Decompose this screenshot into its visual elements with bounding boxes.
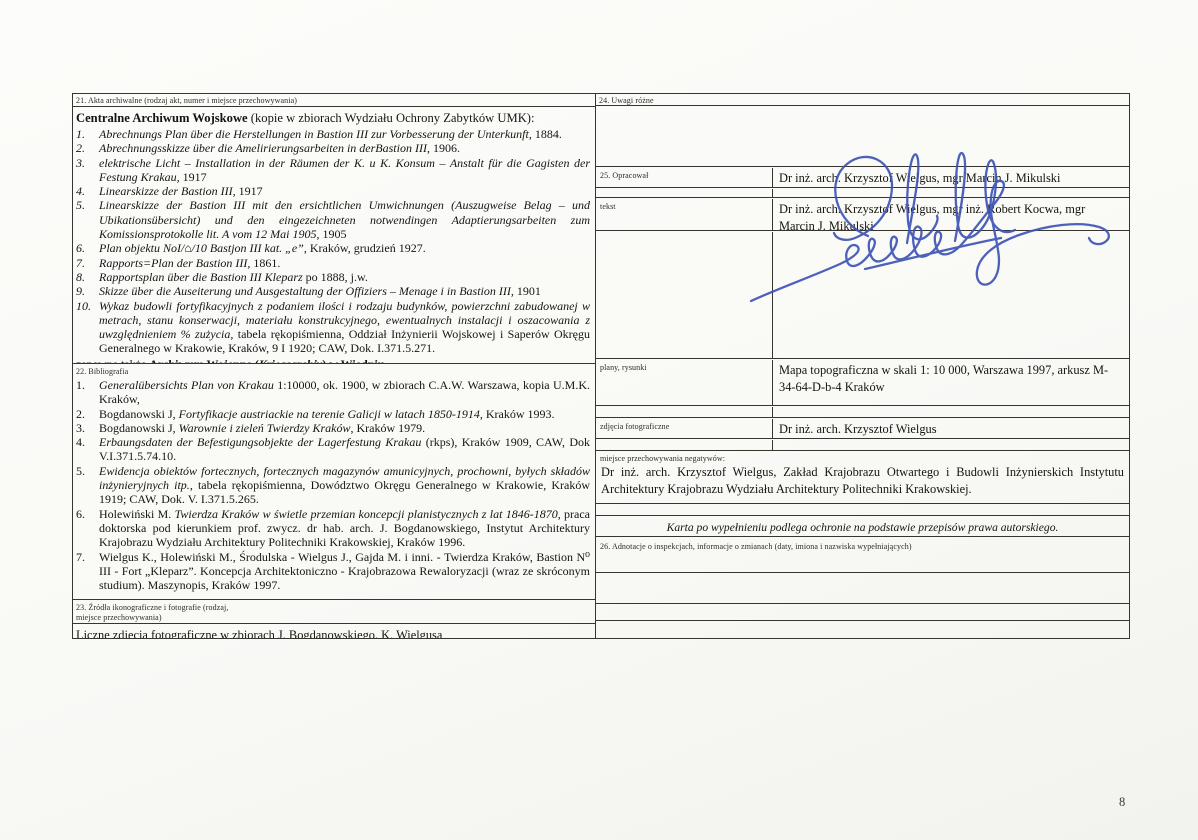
- list-item: 3.elektrische Licht – Installation in de…: [76, 156, 591, 185]
- list-item-text: Bogdanowski J, Warownie i zieleń Twierdz…: [99, 421, 591, 435]
- zdjecia-row: zdjęcia fotograficzne Dr inż. arch. Krzy…: [596, 419, 1129, 439]
- archive-footer-note: zapewne także Archiwum Wojenne (Kriegsar…: [76, 357, 591, 364]
- bibliography-list: 1.Generalübersichts Plan von Krakau 1:10…: [76, 378, 591, 592]
- section-25-label: 25. Opracował: [596, 168, 773, 187]
- list-item-text: Erbaungsdaten der Befestigungsobjekte de…: [99, 435, 591, 464]
- list-item-text: Abrechnungs Plan über die Herstellungen …: [99, 127, 591, 141]
- list-item: 3.Bogdanowski J, Warownie i zieleń Twier…: [76, 421, 591, 435]
- list-item: 6.Plan objektu NoI/⌂/10 Bastjon III kat.…: [76, 241, 591, 255]
- list-item: 6.Holewiński M. Twierdza Kraków w świetl…: [76, 507, 591, 550]
- spacer-row: [596, 407, 1129, 418]
- list-item-number: 2.: [76, 141, 99, 155]
- list-item-number: 5.: [76, 198, 99, 241]
- list-item-number: 9.: [76, 284, 99, 298]
- section-26-empty-row: [596, 574, 1129, 604]
- page-number: 8: [1119, 795, 1125, 810]
- negatywy-section: miejsce przechowywania negatywów: Dr inż…: [596, 452, 1129, 504]
- list-item: 2.Abrechnungsskizze über die Amelirierun…: [76, 141, 591, 155]
- list-item-text: Ewidencja obiektów fortecznych, forteczn…: [99, 464, 591, 507]
- list-item: 1.Generalübersichts Plan von Krakau 1:10…: [76, 378, 591, 407]
- list-item-number: 6.: [76, 507, 99, 550]
- list-item: 5.Linearskizze der Bastion III mit den e…: [76, 198, 591, 241]
- list-item-text: Rapports=Plan der Bastion III, 1861.: [99, 256, 591, 270]
- tekst-row: tekst Dr inż. arch. Krzysztof Wielgus, m…: [596, 199, 1129, 231]
- signature-cell: [596, 232, 1129, 359]
- list-item-number: 3.: [76, 156, 99, 185]
- section-25-row: 25. Opracował Dr inż. arch. Krzysztof Wi…: [596, 168, 1129, 188]
- plany-value: Mapa topograficzna w skali 1: 10 000, Wa…: [773, 360, 1129, 405]
- list-item: 4.Linearskizze der Bastion III, 1917: [76, 184, 591, 198]
- list-item: 8.Rapportsplan über die Bastion III Klep…: [76, 270, 591, 284]
- spacer-row: [596, 189, 1129, 198]
- section-23-label: 23. Źródła ikonograficzne i fotografie (…: [73, 601, 595, 624]
- list-item-number: 4.: [76, 184, 99, 198]
- section-22-bibliography: 22. Bibliografia 1.Generalübersichts Pla…: [73, 365, 595, 600]
- list-item-number: 10.: [76, 299, 99, 356]
- section-26-empty-row: [596, 622, 1129, 638]
- list-item-number: 3.: [76, 421, 99, 435]
- section-25-value: Dr inż. arch. Krzysztof Wielgus, mgr Mar…: [773, 168, 1129, 187]
- form-left-column: 21. Akta archiwalne (rodzaj akt, numer i…: [73, 94, 596, 638]
- negatywy-label: miejsce przechowywania negatywów:: [596, 452, 1129, 464]
- list-item-text: Holewiński M. Twierdza Kraków w świetle …: [99, 507, 591, 550]
- form-right-column: 24. Uwagi różne 25. Opracował Dr inż. ar…: [596, 94, 1129, 638]
- list-item-number: 6.: [76, 241, 99, 255]
- list-item-text: Abrechnungsskizze über die Amelirierungs…: [99, 141, 591, 155]
- list-item: 5.Ewidencja obiektów fortecznych, fortec…: [76, 464, 591, 507]
- list-item: 4.Erbaungsdaten der Befestigungsobjekte …: [76, 435, 591, 464]
- list-item-text: Plan objektu NoI/⌂/10 Bastjon III kat. „…: [99, 241, 591, 255]
- tekst-value: Dr inż. arch. Krzysztof Wielgus, mgr inż…: [773, 199, 1129, 230]
- list-item-text: Bogdanowski J, Fortyfikacje austriackie …: [99, 407, 591, 421]
- list-item: 9.Skizze über die Auseiterung und Ausges…: [76, 284, 591, 298]
- archive-heading: Centralne Archiwum Wojskowe (kopie w zbi…: [76, 110, 591, 126]
- copyright-note: Karta po wypełnieniu podlega ochronie na…: [596, 517, 1129, 537]
- list-item-text: Generalübersichts Plan von Krakau 1:1000…: [99, 378, 591, 407]
- section-21-label: 21. Akta archiwalne (rodzaj akt, numer i…: [73, 94, 595, 107]
- list-item-text: elektrische Licht – Installation in der …: [99, 156, 591, 185]
- zdjecia-label: zdjęcia fotograficzne: [596, 419, 773, 438]
- section-22-label: 22. Bibliografia: [76, 367, 591, 377]
- section-23-content: Liczne zdjęcia fotograficzne w zbiorach …: [73, 625, 595, 638]
- plany-row: plany, rysunki Mapa topograficzna w skal…: [596, 360, 1129, 406]
- list-item: 2.Bogdanowski J, Fortyfikacje austriacki…: [76, 407, 591, 421]
- plany-label: plany, rysunki: [596, 360, 773, 405]
- section-26-label: 26. Adnotacje o inspekcjach, informacje …: [596, 538, 1129, 573]
- list-item-number: 7.: [76, 256, 99, 270]
- spacer-row: [596, 505, 1129, 516]
- list-item: 10.Wykaz budowli fortyfikacyjnych z poda…: [76, 299, 591, 356]
- list-item-number: 1.: [76, 378, 99, 407]
- tekst-label: tekst: [596, 199, 773, 230]
- list-item-text: Linearskizze der Bastion III mit den ers…: [99, 198, 591, 241]
- section-24-label: 24. Uwagi różne: [596, 94, 1129, 106]
- section-26-empty-row: [596, 605, 1129, 621]
- spacer-row: [596, 440, 1129, 451]
- list-item-text: Linearskizze der Bastion III, 1917: [99, 184, 591, 198]
- zdjecia-value: Dr inż. arch. Krzysztof Wielgus: [773, 419, 1129, 438]
- negatywy-value: Dr inż. arch. Krzysztof Wielgus, Zakład …: [596, 464, 1129, 497]
- list-item-text: Wielgus K., Holewiński M., Środulska - W…: [99, 550, 591, 593]
- archive-items-list: 1.Abrechnungs Plan über die Herstellunge…: [76, 127, 591, 356]
- list-item-number: 8.: [76, 270, 99, 284]
- list-item-text: Wykaz budowli fortyfikacyjnych z podanie…: [99, 299, 591, 356]
- heritage-record-form-table: 21. Akta archiwalne (rodzaj akt, numer i…: [72, 93, 1130, 639]
- list-item-text: Rapportsplan über die Bastion III Klepar…: [99, 270, 591, 284]
- list-item: 7.Rapports=Plan der Bastion III, 1861.: [76, 256, 591, 270]
- list-item-number: 1.: [76, 127, 99, 141]
- list-item: 7.Wielgus K., Holewiński M., Środulska -…: [76, 550, 591, 593]
- list-item-text: Skizze über die Auseiterung und Ausgesta…: [99, 284, 591, 298]
- list-item: 1.Abrechnungs Plan über die Herstellunge…: [76, 127, 591, 141]
- list-item-number: 7.: [76, 550, 99, 593]
- list-item-number: 4.: [76, 435, 99, 464]
- section-21-content: Centralne Archiwum Wojskowe (kopie w zbi…: [73, 108, 595, 364]
- list-item-number: 2.: [76, 407, 99, 421]
- scanned-document-sheet: 21. Akta archiwalne (rodzaj akt, numer i…: [0, 0, 1198, 840]
- section-24-empty-cell: [596, 107, 1129, 167]
- list-item-number: 5.: [76, 464, 99, 507]
